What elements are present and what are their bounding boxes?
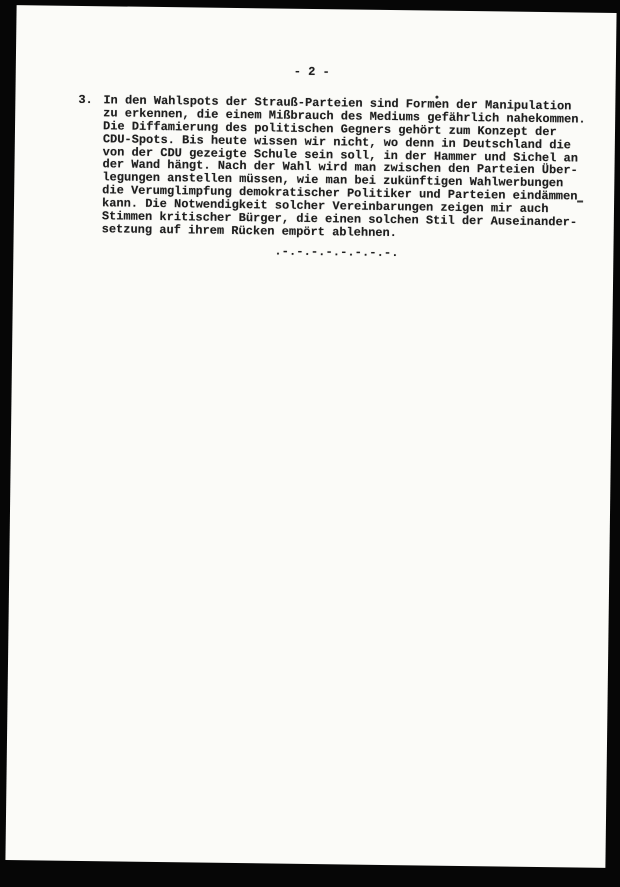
scan-noise-speck: [435, 96, 438, 99]
paragraph-number: 3.: [78, 94, 103, 107]
paragraph-item-3: 3. In den Wahlspots der Strauß-Parteien …: [77, 94, 586, 242]
scan-noise-speck: [577, 200, 583, 202]
page-number: - 2 -: [294, 65, 330, 79]
dashed-separator: .-.-.-.-.-.-.-.-.: [274, 245, 398, 261]
paragraph-text: In den Wahlspots der Strauß-Parteien sin…: [102, 94, 586, 242]
document-page: - 2 - 3. In den Wahlspots der Strauß-Par…: [5, 5, 616, 868]
scan-background: - 2 - 3. In den Wahlspots der Strauß-Par…: [0, 0, 620, 887]
